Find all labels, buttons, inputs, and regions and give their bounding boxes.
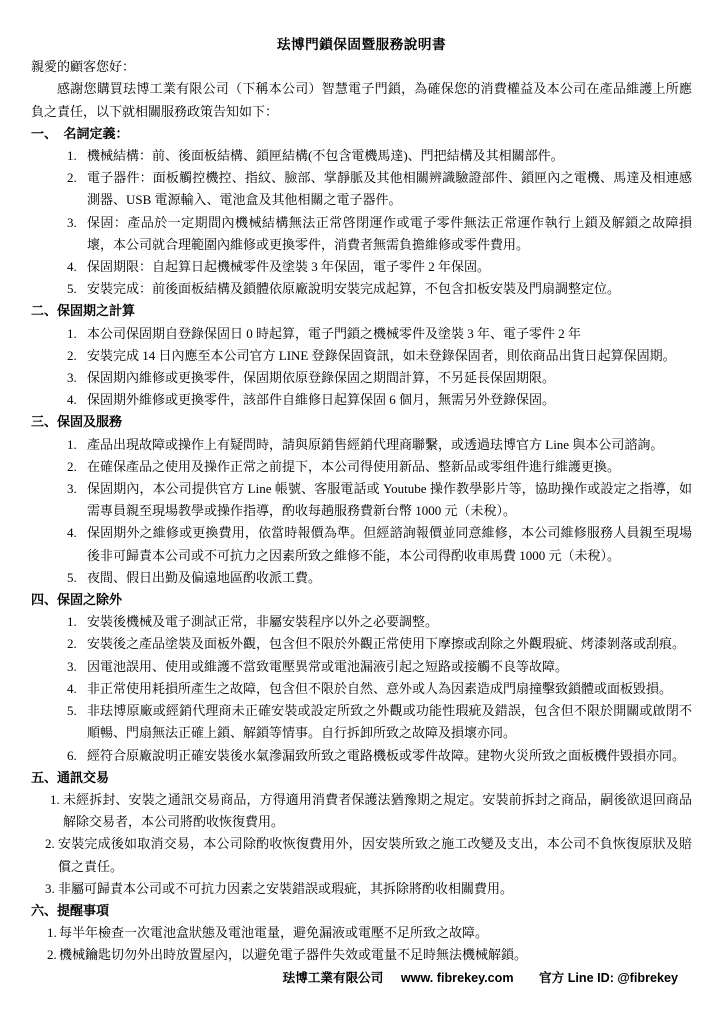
- item-text: 保固期內維修或更換零件，保固期依原登錄保固之期間計算，不另延長保固期限。: [87, 367, 692, 389]
- item-number: 5.: [67, 700, 87, 744]
- list-item: 4.保固期限：自起算日起機械零件及塗裝 3 年保固，電子零件 2 年保固。: [31, 256, 692, 278]
- item-text: 未經拆封、安裝之通訊交易商品，方得適用消費者保護法猶豫期之規定。安裝前拆封之商品…: [63, 789, 692, 833]
- item-number: 2.: [67, 456, 87, 478]
- warranty-sections: 一、 名詞定義：1.機械結構：前、後面板結構、鎖匣結構(不包含電機馬達)、門把結…: [31, 123, 692, 967]
- item-text: 保固期外之維修或更換費用，依當時報價為準。但經諮詢報價並同意維修，本公司維修服務…: [87, 522, 692, 566]
- section-heading: 四、保固之除外: [31, 589, 692, 611]
- item-number: 3.: [67, 367, 87, 389]
- section: 一、 名詞定義：1.機械結構：前、後面板結構、鎖匣結構(不包含電機馬達)、門把結…: [31, 123, 692, 301]
- section-item-list: 1.未經拆封、安裝之通訊交易商品，方得適用消費者保護法猶豫期之規定。安裝前拆封之…: [31, 789, 692, 900]
- item-text: 每半年檢查一次電池盒狀態及電池電量，避免漏液或電壓不足所致之故障。: [59, 922, 692, 944]
- item-number: 4.: [67, 522, 87, 566]
- list-item: 4.保固期外維修或更換零件，該部件自維修日起算保固 6 個月，無需另外登錄保固。: [31, 389, 692, 411]
- list-item: 1.機械結構：前、後面板結構、鎖匣結構(不包含電機馬達)、門把結構及其相關部件。: [31, 145, 692, 167]
- item-number: 2.: [47, 944, 59, 966]
- section: 六、提醒事項1.每半年檢查一次電池盒狀態及電池電量，避免漏液或電壓不足所致之故障…: [31, 900, 692, 967]
- item-number: 2.: [67, 345, 87, 367]
- item-text: 夜間、假日出勤及偏遠地區酌收派工費。: [87, 567, 692, 589]
- item-number: 1.: [67, 145, 87, 167]
- item-number: 1.: [67, 434, 87, 456]
- item-number: 3.: [67, 656, 87, 678]
- item-text: 保固：產品於一定期間內機械結構無法正常啓閉運作或電子零件無法正常運作執行上鎖及解…: [87, 212, 692, 256]
- item-text: 保固期外維修或更換零件，該部件自維修日起算保固 6 個月，無需另外登錄保固。: [87, 389, 692, 411]
- section-item-list: 1.本公司保固期自登錄保固日 0 時起算，電子門鎖之機械零件及塗裝 3 年、電子…: [31, 323, 692, 412]
- item-text: 在確保產品之使用及操作正常之前提下，本公司得使用新品、整新品或零组件進行維護更換…: [87, 456, 692, 478]
- list-item: 2.安裝完成 14 日內應至本公司官方 LINE 登錄保固資訊，如未登錄保固者，…: [31, 345, 692, 367]
- item-number: 1.: [67, 611, 87, 633]
- section-item-list: 1.機械結構：前、後面板結構、鎖匣結構(不包含電機馬達)、門把結構及其相關部件。…: [31, 145, 692, 300]
- item-number: 3.: [45, 878, 58, 900]
- section: 三、保固及服務1.產品出現故障或操作上有疑問時，請與原銷售經銷代理商聯繫，或透過…: [31, 411, 692, 589]
- section-heading: 三、保固及服務: [31, 411, 692, 433]
- document-footer: 珐博工業有限公司 www. fibrekey.com 官方 Line ID: @…: [31, 967, 692, 989]
- item-number: 6.: [67, 745, 87, 767]
- list-item: 2.機械鑰匙切勿外出時放置屋內，以避免電子器件失效或電量不足時無法機械解鎖。: [31, 944, 692, 966]
- list-item: 2.安裝後之產品塗裝及面板外觀，包含但不限於外觀正常使用下摩擦或刮除之外觀瑕疵、…: [31, 633, 692, 655]
- page-title: 珐博門鎖保固暨服務說明書: [31, 34, 692, 56]
- item-number: 2.: [67, 167, 87, 211]
- list-item: 1.每半年檢查一次電池盒狀態及電池電量，避免漏液或電壓不足所致之故障。: [31, 922, 692, 944]
- item-text: 安裝後之產品塗裝及面板外觀，包含但不限於外觀正常使用下摩擦或刮除之外觀瑕疵、烤漆…: [87, 633, 692, 655]
- list-item: 5.夜間、假日出勤及偏遠地區酌收派工費。: [31, 567, 692, 589]
- item-text: 經符合原廠說明正確安裝後水氣滲漏致所致之電路機板或零件故障。建物火災所致之面板機…: [87, 745, 692, 767]
- list-item: 2.電子器件：面板觸控機控、指紋、臉部、掌靜脈及其他相關辨識驗證部件、鎖匣內之電…: [31, 167, 692, 211]
- item-number: 1.: [50, 789, 63, 833]
- section-heading: 二、保固期之計算: [31, 300, 692, 322]
- item-text: 非珐博原廠或經銷代理商未正確安裝或設定所致之外觀或功能性瑕疵及錯誤，包含但不限於…: [87, 700, 692, 744]
- section: 五、通訊交易1.未經拆封、安裝之通訊交易商品，方得適用消費者保護法猶豫期之規定。…: [31, 767, 692, 900]
- list-item: 1.產品出現故障或操作上有疑問時，請與原銷售經銷代理商聯繫，或透過珐博官方 Li…: [31, 434, 692, 456]
- item-text: 非屬可歸責本公司或不可抗力因素之安裝錯誤或瑕疵，其拆除將酌收相關費用。: [58, 878, 692, 900]
- list-item: 1.本公司保固期自登錄保固日 0 時起算，電子門鎖之機械零件及塗裝 3 年、電子…: [31, 323, 692, 345]
- item-number: 4.: [67, 678, 87, 700]
- list-item: 3.保固期內，本公司提供官方 Line 帳號、客服電話或 Youtube 操作教…: [31, 478, 692, 522]
- list-item: 3.保固：產品於一定期間內機械結構無法正常啓閉運作或電子零件無法正常運作執行上鎖…: [31, 212, 692, 256]
- item-number: 3.: [67, 212, 87, 256]
- section: 二、保固期之計算1.本公司保固期自登錄保固日 0 時起算，電子門鎖之機械零件及塗…: [31, 300, 692, 411]
- footer-company-name: 珐博工業有限公司: [283, 967, 384, 989]
- list-item: 3.因電池誤用、使用或維護不當致電壓異常或電池漏液引起之短路或接觸不良等故障。: [31, 656, 692, 678]
- item-text: 因電池誤用、使用或維護不當致電壓異常或電池漏液引起之短路或接觸不良等故障。: [87, 656, 692, 678]
- section-item-list: 1.產品出現故障或操作上有疑問時，請與原銷售經銷代理商聯繫，或透過珐博官方 Li…: [31, 434, 692, 589]
- item-number: 1.: [47, 922, 59, 944]
- item-number: 2.: [45, 833, 58, 877]
- warranty-document-page: 珐博門鎖保固暨服務說明書 親愛的顧客您好： 感謝您購買珐博工業有限公司（下稱本公…: [0, 0, 724, 1024]
- item-text: 保固期限：自起算日起機械零件及塗裝 3 年保固，電子零件 2 年保固。: [87, 256, 692, 278]
- section-item-list: 1.每半年檢查一次電池盒狀態及電池電量，避免漏液或電壓不足所致之故障。2.機械鑰…: [31, 922, 692, 966]
- item-text: 安裝完成：前後面板結構及鎖體依原廠說明安裝完成起算，不包含扣板安裝及門扇調整定位…: [87, 278, 692, 300]
- list-item: 3.保固期內維修或更換零件，保固期依原登錄保固之期間計算，不另延長保固期限。: [31, 367, 692, 389]
- list-item: 5.安裝完成：前後面板結構及鎖體依原廠說明安裝完成起算，不包含扣板安裝及門扇調整…: [31, 278, 692, 300]
- list-item: 2.安裝完成後如取消交易，本公司除酌收恢復費用外，因安裝所致之施工改變及支出，本…: [31, 833, 692, 877]
- footer-website-url: www. fibrekey.com: [401, 967, 514, 989]
- item-number: 5.: [67, 567, 87, 589]
- item-text: 機械鑰匙切勿外出時放置屋內，以避免電子器件失效或電量不足時無法機械解鎖。: [59, 944, 692, 966]
- item-number: 4.: [67, 256, 87, 278]
- section-heading: 五、通訊交易: [31, 767, 692, 789]
- item-number: 1.: [67, 323, 87, 345]
- item-number: 2.: [67, 633, 87, 655]
- list-item: 2.在確保產品之使用及操作正常之前提下，本公司得使用新品、整新品或零组件進行維護…: [31, 456, 692, 478]
- list-item: 3.非屬可歸責本公司或不可抗力因素之安裝錯誤或瑕疵，其拆除將酌收相關費用。: [31, 878, 692, 900]
- list-item: 1.未經拆封、安裝之通訊交易商品，方得適用消費者保護法猶豫期之規定。安裝前拆封之…: [31, 789, 692, 833]
- section-heading: 一、 名詞定義：: [31, 123, 692, 145]
- item-number: 5.: [67, 278, 87, 300]
- list-item: 6.經符合原廠說明正確安裝後水氣滲漏致所致之電路機板或零件故障。建物火災所致之面…: [31, 745, 692, 767]
- footer-line-id: 官方 Line ID: @fibrekey: [539, 967, 678, 989]
- item-text: 保固期內，本公司提供官方 Line 帳號、客服電話或 Youtube 操作教學影…: [87, 478, 692, 522]
- item-text: 本公司保固期自登錄保固日 0 時起算，電子門鎖之機械零件及塗裝 3 年、電子零件…: [87, 323, 692, 345]
- item-number: 3.: [67, 478, 87, 522]
- item-text: 安裝完成後如取消交易，本公司除酌收恢復費用外，因安裝所致之施工改變及支出，本公司…: [58, 833, 692, 877]
- section-heading: 六、提醒事項: [31, 900, 692, 922]
- list-item: 4.保固期外之維修或更換費用，依當時報價為準。但經諮詢報價並同意維修，本公司維修…: [31, 522, 692, 566]
- list-item: 4.非正常使用耗損所產生之故障，包含但不限於自然、意外或人為因素造成門扇撞擊致鎖…: [31, 678, 692, 700]
- item-text: 電子器件：面板觸控機控、指紋、臉部、掌靜脈及其他相關辨識驗證部件、鎖匣內之電機、…: [87, 167, 692, 211]
- item-text: 產品出現故障或操作上有疑問時，請與原銷售經銷代理商聯繫，或透過珐博官方 Line…: [87, 434, 692, 456]
- greeting-line: 親愛的顧客您好：: [31, 56, 692, 78]
- list-item: 1.安裝後機械及電子測試正常，非屬安裝程序以外之必要調整。: [31, 611, 692, 633]
- section-item-list: 1.安裝後機械及電子測試正常，非屬安裝程序以外之必要調整。2.安裝後之產品塗裝及…: [31, 611, 692, 766]
- section: 四、保固之除外1.安裝後機械及電子測試正常，非屬安裝程序以外之必要調整。2.安裝…: [31, 589, 692, 767]
- item-text: 安裝後機械及電子測試正常，非屬安裝程序以外之必要調整。: [87, 611, 692, 633]
- item-text: 機械結構：前、後面板結構、鎖匣結構(不包含電機馬達)、門把結構及其相關部件。: [87, 145, 692, 167]
- item-text: 非正常使用耗損所產生之故障，包含但不限於自然、意外或人為因素造成門扇撞擊致鎖體或…: [87, 678, 692, 700]
- item-text: 安裝完成 14 日內應至本公司官方 LINE 登錄保固資訊，如未登錄保固者，則依…: [87, 345, 692, 367]
- intro-paragraph: 感謝您購買珐博工業有限公司（下稱本公司）智慧電子門鎖，為確保您的消費權益及本公司…: [31, 78, 692, 122]
- item-number: 4.: [67, 389, 87, 411]
- list-item: 5.非珐博原廠或經銷代理商未正確安裝或設定所致之外觀或功能性瑕疵及錯誤，包含但不…: [31, 700, 692, 744]
